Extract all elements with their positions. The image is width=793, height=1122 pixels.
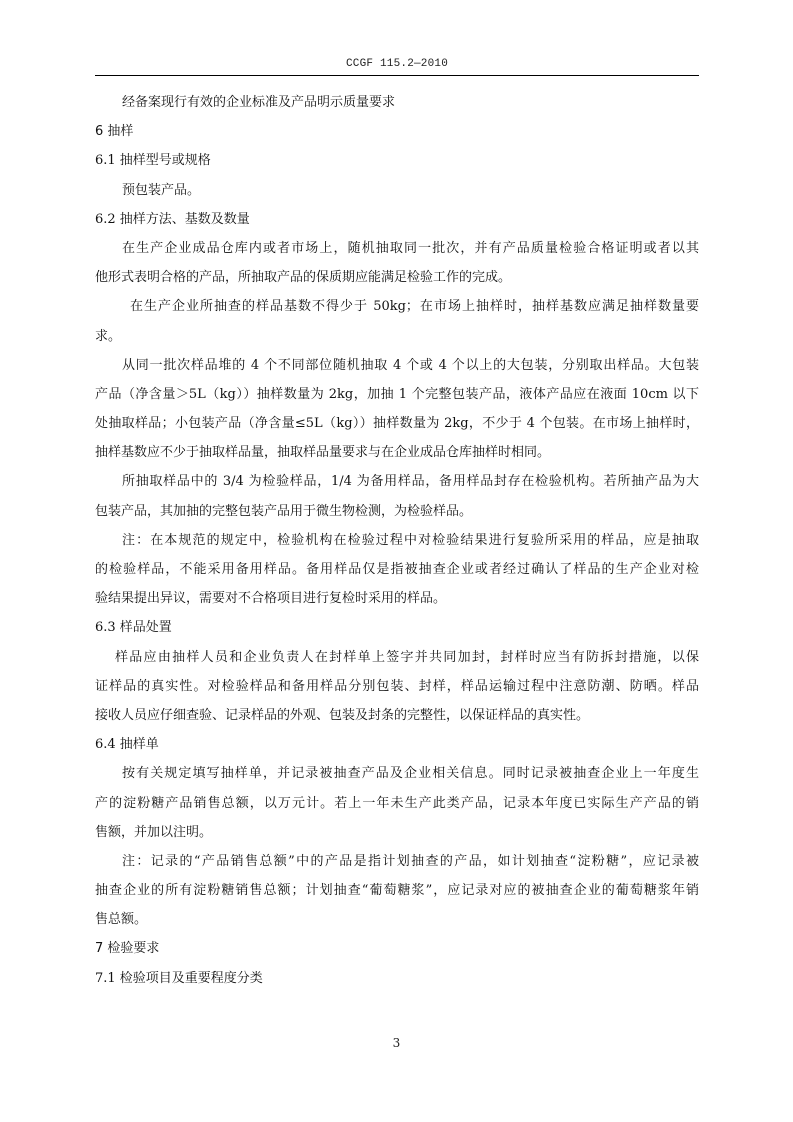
paragraph-6-2-d-line-2: 包装产品，其加抽的完整包装产品用于微生物检测，为检验样品。 [95,497,699,526]
page-header: CCGF 115.2—2010 [95,30,699,76]
paragraph-6-2-c-line-3: 处抽取样品；小包装产品（净含量≤5L（kg））抽样数量为 2kg，不少于 4 个… [95,409,699,438]
page-number: 3 [0,1036,793,1050]
section-heading-6: 6 抽样 [95,117,699,146]
subsection-heading-6-1: 6.1 抽样型号或规格 [95,146,699,175]
paragraph-6-4-line-3: 售额，并加以注明。 [95,818,699,847]
paragraph-6-4-line-2: 产的淀粉糖产品销售总额，以万元计。若上一年未生产此类产品，记录本年度已实际生产产… [95,789,699,818]
note-6-2-line-3: 验结果提出异议，需要对不合格项目进行复检时采用的样品。 [95,584,699,613]
note-6-4-line-1: 注：记录的“产品销售总额”中的产品是指计划抽查的产品，如计划抽查“淀粉糖”，应记… [95,847,699,876]
paragraph-6-3-line-1: 样品应由抽样人员和企业负责人在封样单上签字并共同加封，封样时应当有防拆封措施，以… [95,643,699,672]
note-6-2-line-2: 的检验样品，不能采用备用样品。备用样品仅是指被抽查企业或者经过确认了样品的生产企… [95,555,699,584]
section-heading-7: 7 检验要求 [95,934,699,963]
document-body: 经备案现行有效的企业标准及产品明示质量要求 6 抽样 6.1 抽样型号或规格 预… [95,88,699,993]
paragraph-6-2-d-line-1: 所抽取样品中的 3/4 为检验样品，1/4 为备用样品，备用样品封存在检验机构。… [95,467,699,496]
paragraph-6-2-c-line-1: 从同一批次样品堆的 4 个不同部位随机抽取 4 个或 4 个以上的大包装，分别取… [95,351,699,380]
subsection-heading-7-1: 7.1 检验项目及重要程度分类 [95,964,699,993]
paragraph-6-2-c-line-4: 抽样基数应不少于抽取样品量，抽取样品量要求与在企业成品仓库抽样时相同。 [95,438,699,467]
paragraph-standard-reference: 经备案现行有效的企业标准及产品明示质量要求 [95,88,699,117]
paragraph-6-2-a-line-2: 他形式表明合格的产品，所抽取产品的保质期应能满足检验工作的完成。 [95,263,699,292]
paragraph-6-1: 预包装产品。 [95,176,699,205]
paragraph-6-4-line-1: 按有关规定填写抽样单，并记录被抽查产品及企业相关信息。同时记录被抽查企业上一年度… [95,759,699,788]
subsection-heading-6-2: 6.2 抽样方法、基数及数量 [95,205,699,234]
paragraph-6-3-line-2: 证样品的真实性。对检验样品和备用样品分别包装、封样，样品运输过程中注意防潮、防晒… [95,672,699,701]
paragraph-6-2-c-line-2: 产品（净含量＞5L（kg））抽样数量为 2kg，加抽 1 个完整包装产品，液体产… [95,380,699,409]
paragraph-6-2-a-line-1: 在生产企业成品仓库内或者市场上，随机抽取同一批次，并有产品质量检验合格证明或者以… [95,234,699,263]
note-6-4-line-3: 售总额。 [95,905,699,934]
note-6-2-line-1: 注：在本规范的规定中，检验机构在检验过程中对检验结果进行复验所采用的样品，应是抽… [95,526,699,555]
paragraph-6-2-b-line-1: 在生产企业所抽查的样品基数不得少于 50kg；在市场上抽样时，抽样基数应满足抽样… [95,292,699,321]
note-6-4-line-2: 抽查企业的所有淀粉糖销售总额；计划抽查“葡萄糖浆”，应记录对应的被抽查企业的葡萄… [95,876,699,905]
subsection-heading-6-4: 6.4 抽样单 [95,730,699,759]
paragraph-6-3-line-3: 接收人员应仔细查验、记录样品的外观、包装及封条的完整性，以保证样品的真实性。 [95,701,699,730]
paragraph-6-2-b-line-2: 求。 [95,322,699,351]
document-code: CCGF 115.2—2010 [95,58,699,70]
subsection-heading-6-3: 6.3 样品处置 [95,613,699,642]
